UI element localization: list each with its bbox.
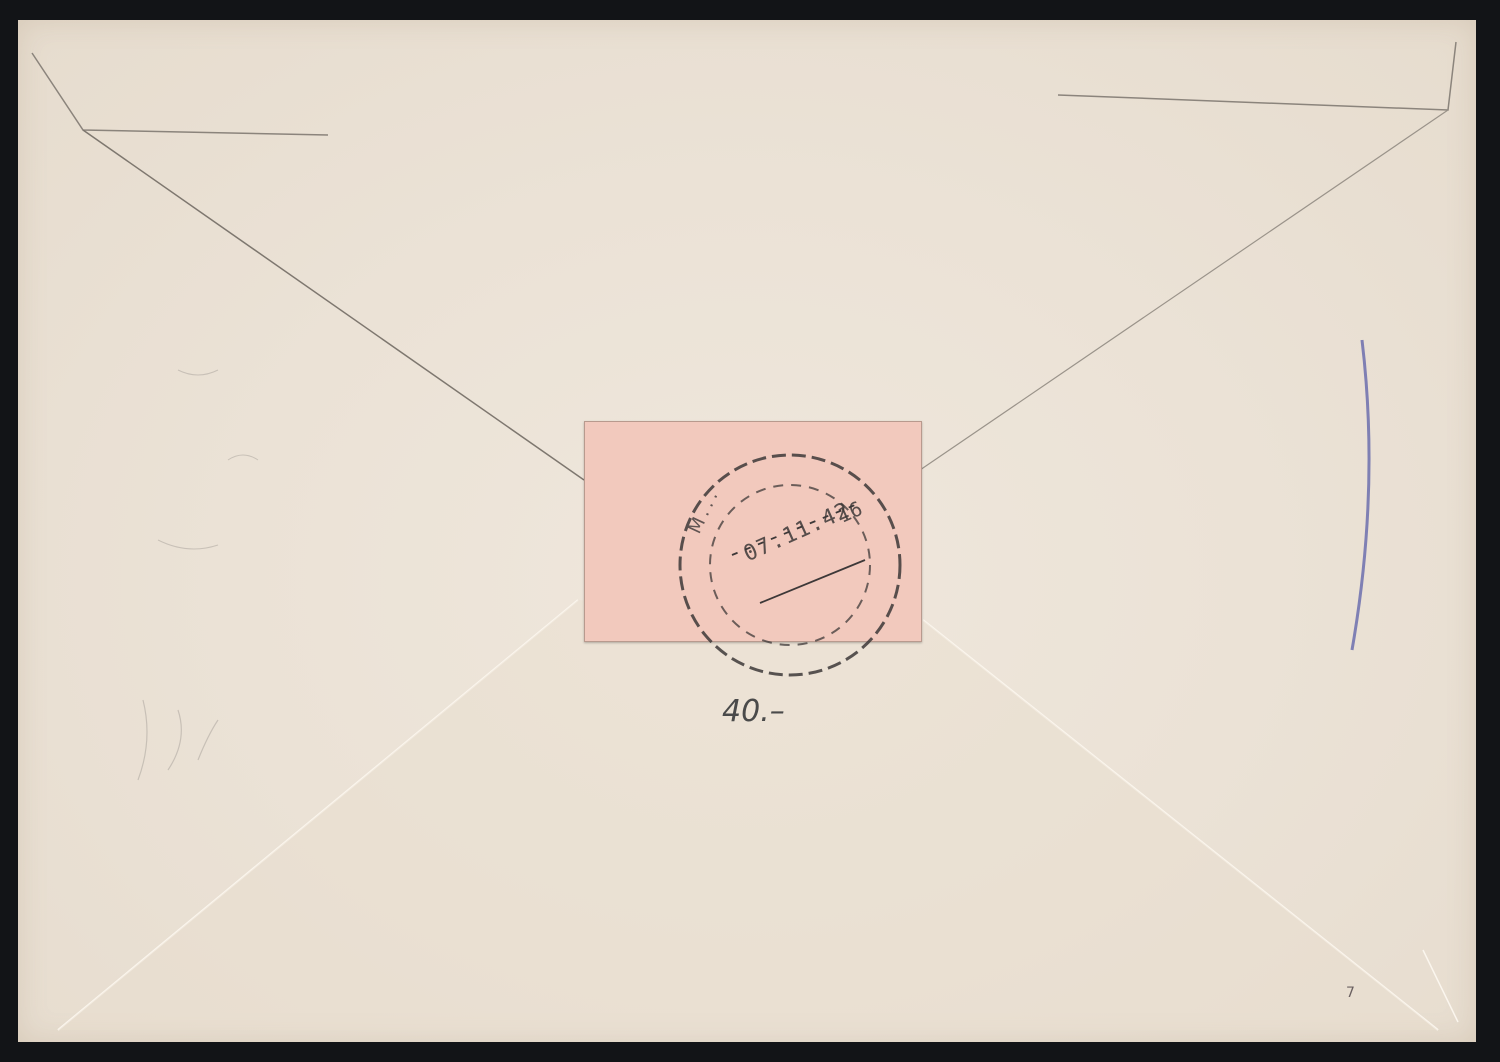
blue-crayon-stroke <box>1340 335 1380 655</box>
corner-pencil-mark: 7 <box>1346 985 1355 1001</box>
handwritten-price: 40.– <box>722 694 785 729</box>
postmark-circle <box>660 445 920 685</box>
pencil-notes-faint <box>128 340 428 810</box>
